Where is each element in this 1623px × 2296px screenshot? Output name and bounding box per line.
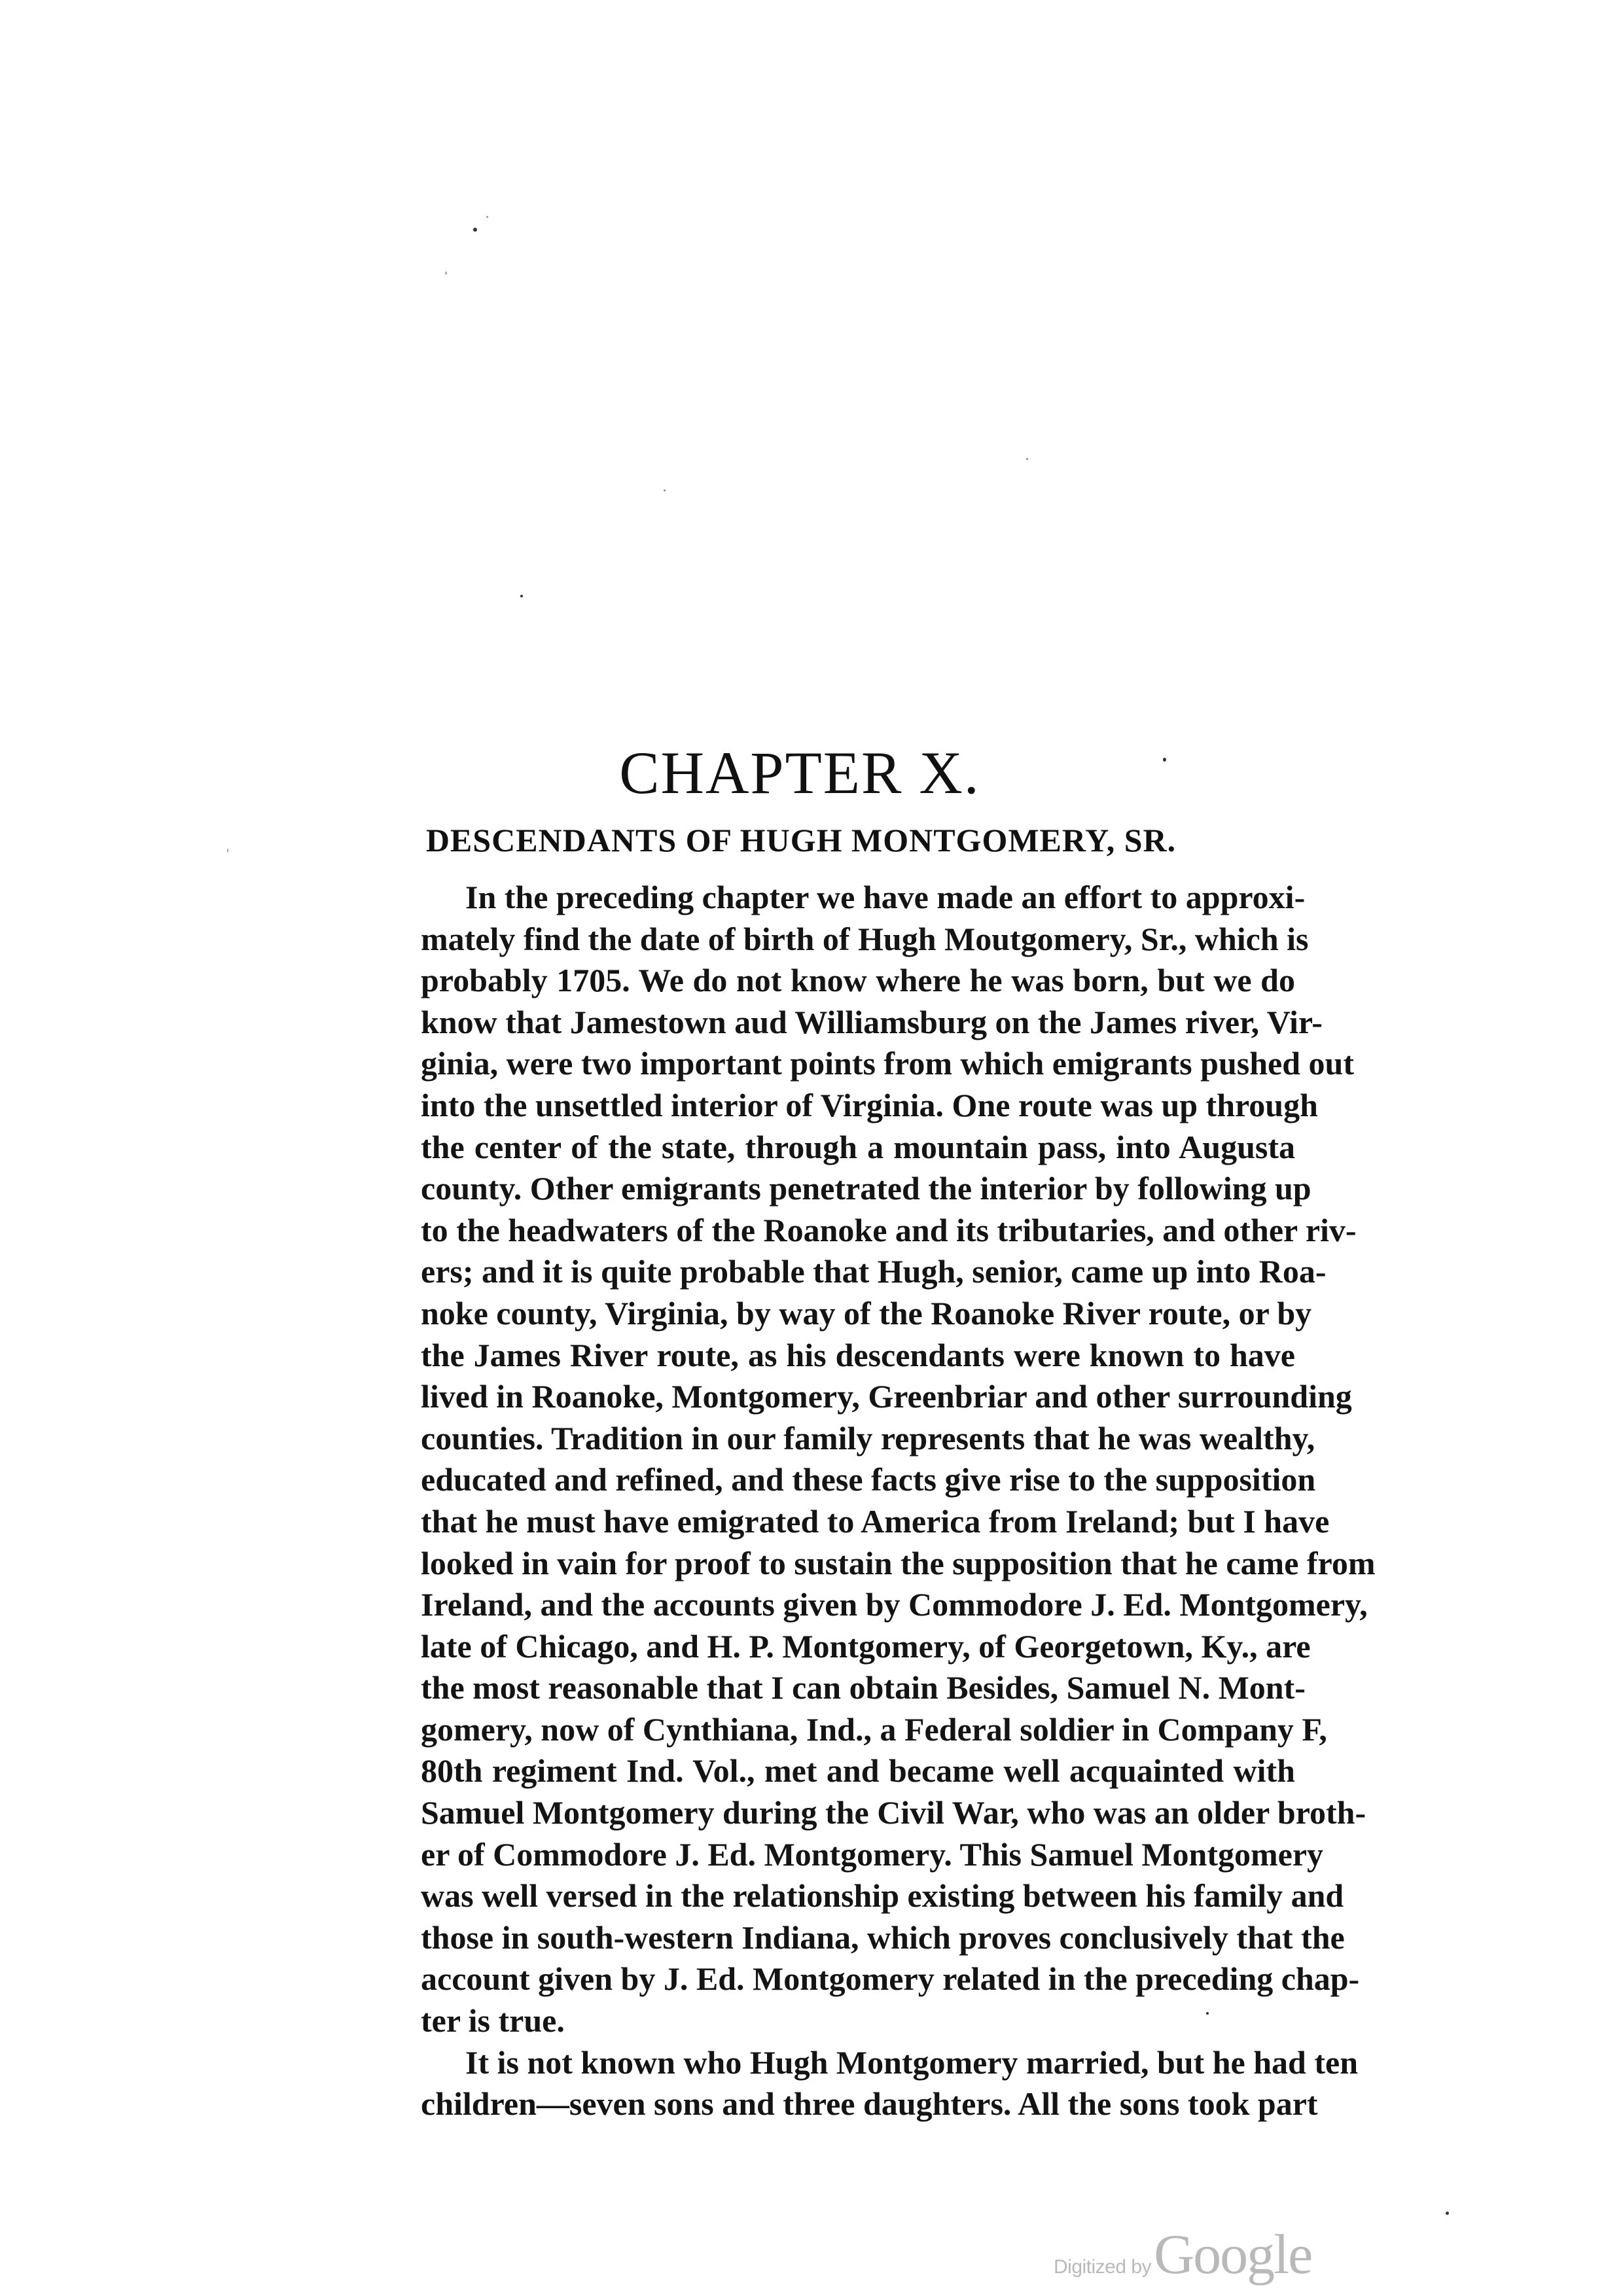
text-line: those in south-western Indiana, which pr… [421,1917,1295,1959]
google-logo-text: Google [1154,2223,1311,2286]
text-line: probably 1705. We do not know where he w… [421,960,1295,1002]
text-line: account given by J. Ed. Montgomery relat… [421,1958,1295,2000]
digitized-by-google-watermark: Digitized byGoogle [1054,2221,1311,2287]
text-line: ginia, were two important points from wh… [421,1043,1295,1085]
scan-speck [664,489,666,491]
watermark-prefix: Digitized by [1054,2256,1151,2278]
text-line: It is not known who Hugh Montgomery marr… [421,2042,1295,2084]
text-line: counties. Tradition in our family repres… [421,1418,1295,1460]
text-line: was well versed in the relationship exis… [421,1875,1295,1917]
text-line: ter is true. [421,2000,1295,2042]
scan-speck [445,272,447,275]
text-line: late of Chicago, and H. P. Montgomery, o… [421,1626,1295,1668]
body-text: In the preceding chapter we have made an… [421,877,1295,2125]
text-line: ers; and it is quite probable that Hugh,… [421,1251,1295,1293]
text-line: Samuel Montgomery during the Civil War, … [421,1792,1295,1834]
text-line: 80th regiment Ind. Vol., met and became … [421,1750,1295,1792]
scan-speck [486,216,488,218]
text-line: gomery, now of Cynthiana, Ind., a Federa… [421,1709,1295,1751]
text-line: educated and refined, and these facts gi… [421,1459,1295,1501]
book-page: CHAPTER X. DESCENDANTS OF HUGH MONTGOMER… [0,0,1623,2296]
scan-speck [1446,2212,1449,2215]
text-line: Ireland, and the accounts given by Commo… [421,1584,1295,1626]
scan-speck [473,228,477,232]
scan-speck [1026,458,1028,460]
text-line: er of Commodore J. Ed. Montgomery. This … [421,1834,1295,1876]
text-line: looked in vain for proof to sustain the … [421,1543,1295,1585]
text-line: that he must have emigrated to America f… [421,1501,1295,1543]
text-line: county. Other emigrants penetrated the i… [421,1168,1295,1210]
text-line: children—seven sons and three daughters.… [421,2083,1295,2125]
text-line: noke county, Virginia, by way of the Roa… [421,1293,1295,1335]
chapter-subtitle: DESCENDANTS OF HUGH MONTGOMERY, SR. [0,821,1613,859]
text-line: the James River route, as his descendant… [421,1335,1295,1377]
text-line: into the unsettled interior of Virginia.… [421,1085,1295,1127]
text-line: to the headwaters of the Roanoke and its… [421,1210,1295,1252]
text-line: know that Jamestown aud Williamsburg on … [421,1002,1295,1044]
scan-speck [520,595,523,597]
text-line: the center of the state, through a mount… [421,1127,1295,1169]
chapter-title: CHAPTER X. [0,738,1611,807]
text-line: In the preceding chapter we have made an… [421,877,1295,919]
text-line: mately find the date of birth of Hugh Mo… [421,919,1295,961]
text-line: the most reasonable that I can obtain Be… [421,1667,1295,1709]
text-line: lived in Roanoke, Montgomery, Greenbriar… [421,1376,1295,1418]
